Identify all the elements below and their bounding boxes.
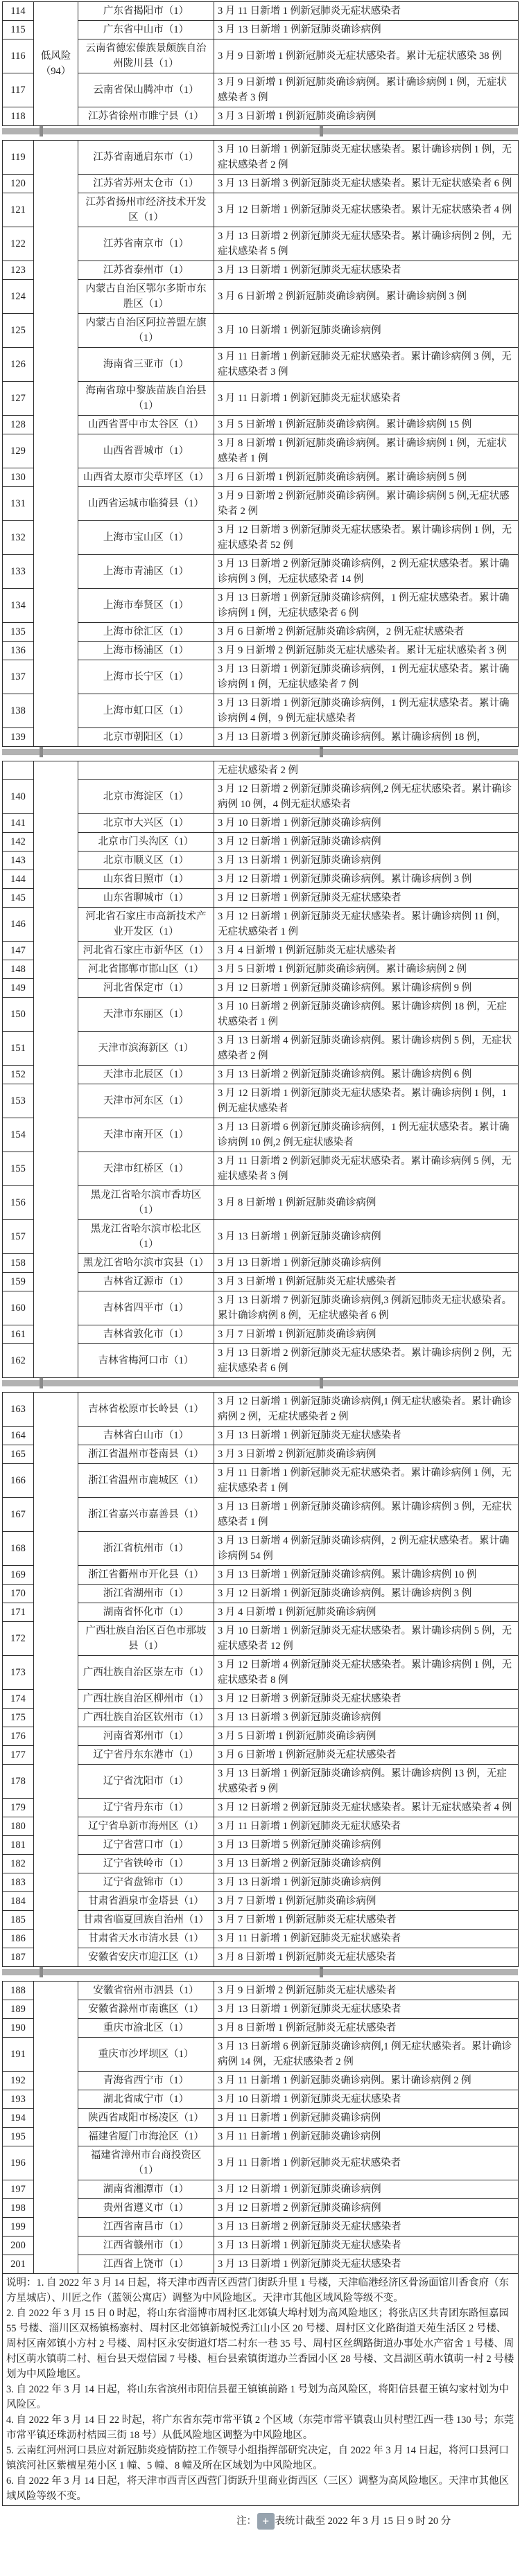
risk-area-table: 119江苏省南通启东市（1）3 月 10 日新增 1 例新冠肺炎无症状感染者。累… xyxy=(2,140,519,747)
row-number-cell: 115 xyxy=(3,21,34,39)
description-cell: 3 月 11 日新增 1 例新冠肺炎无症状感染者 xyxy=(214,382,519,416)
description-cell: 3 月 11 日新增 1 例新冠肺炎确诊病例 xyxy=(214,2128,519,2146)
region-cell: 天津市北辰区（1） xyxy=(78,1066,214,1084)
row-number-cell: 160 xyxy=(3,1291,34,1325)
description-cell: 3 月 7 日新增 1 例新冠肺炎无症状感染者 xyxy=(214,1911,519,1930)
selected-text: 本+ xyxy=(257,2513,275,2530)
region-cell: 辽宁省阜新市海州区（1） xyxy=(78,1817,214,1836)
region-cell: 上海市虹口区（1） xyxy=(78,694,214,728)
description-cell: 3 月 13 日新增 1 例新冠肺炎确诊病例。累计确诊病例 3 例，无症状感染者… xyxy=(214,1498,519,1532)
row-number-cell: 178 xyxy=(3,1765,34,1799)
region-cell: 上海市奉贤区（1） xyxy=(78,589,214,623)
description-cell: 3 月 12 日新增 1 例新冠肺炎确诊病例 xyxy=(214,833,519,852)
row-number-cell: 139 xyxy=(3,728,34,747)
table-row: 127海南省琼中黎族苗族自治县（1）3 月 11 日新增 1 例新冠肺炎无症状感… xyxy=(3,382,519,416)
region-cell: 海南省琼中黎族苗族自治县（1） xyxy=(78,382,214,416)
region-cell: 广西壮族自治区百色市那坡县（1） xyxy=(78,1622,214,1656)
description-cell: 3 月 12 日新增 1 例新冠肺炎无症状感染者。累计确诊病例 1 例，1 例无… xyxy=(214,1084,519,1118)
document: 114低风险（94）广东省揭阳市（1）3 月 11 日新增 1 例新冠肺炎无症状… xyxy=(0,0,520,2548)
description-cell: 3 月 4 日新增 1 例新冠肺炎无症状感染者 xyxy=(214,942,519,960)
row-number-cell: 142 xyxy=(3,833,34,852)
description-cell: 3 月 9 日新增 2 例新冠肺炎无症状感染者。累计无症状感染者 3 例 xyxy=(214,642,519,660)
row-number-cell: 165 xyxy=(3,1445,34,1464)
description-cell: 3 月 13 日新增 7 例新冠肺炎确诊病例,3 例新冠肺炎无症状感染者。累计确… xyxy=(214,1291,519,1325)
description-cell: 3 月 10 日新增 1 例新冠肺炎确诊病例 xyxy=(214,314,519,348)
row-number-cell: 114 xyxy=(3,2,34,21)
row-number-cell: 141 xyxy=(3,814,34,833)
table-row: 122江苏省南京市（1）3 月 13 日新增 2 例新冠肺炎无症状感染者。累计确… xyxy=(3,227,519,261)
note-line: 2. 自 2022 年 3 月 15 日 0 时起，将山东省淄博市周村区北郊镇大… xyxy=(6,2306,514,2382)
row-number-cell: 199 xyxy=(3,2218,34,2237)
description-cell: 3 月 13 日新增 4 例新冠肺炎确诊病例。累计确诊病例 5 例，无症状感染者… xyxy=(214,1032,519,1066)
row-number-cell: 130 xyxy=(3,468,34,487)
row-number-cell: 193 xyxy=(3,2090,34,2109)
region-cell: 浙江省衢州市开化县（1） xyxy=(78,1566,214,1585)
description-cell: 3 月 13 日新增 1 例新冠肺炎无症状感染者 xyxy=(214,2000,519,2019)
description-cell: 3 月 13 日新增 2 例新冠肺炎确诊病例。累计确诊病例 6 例 xyxy=(214,1066,519,1084)
row-number-cell: 196 xyxy=(3,2146,34,2180)
table-row: 172广西壮族自治区百色市那坡县（1）3 月 10 日新增 1 例新冠肺炎无症状… xyxy=(3,1622,519,1656)
description-cell: 3 月 12 日新增 1 例新冠肺炎无症状感染者。累计无症状感染者 4 例 xyxy=(214,193,519,227)
region-cell: 北京市顺义区（1） xyxy=(78,852,214,870)
region-cell: 浙江省温州市苍南县（1） xyxy=(78,1445,214,1464)
description-cell: 3 月 10 日新增 1 例新冠肺炎无症状感染者。累计确诊病例 5 例，无症状感… xyxy=(214,1622,519,1656)
description-cell: 3 月 13 日新增 1 例新冠肺炎确诊病例 xyxy=(214,1873,519,1892)
table-row: 130山西省太原市尖草坪区（1）3 月 6 日新增 1 例新冠肺炎确诊病例。累计… xyxy=(3,468,519,487)
region-cell: 江苏省南京市（1） xyxy=(78,227,214,261)
row-number-cell: 150 xyxy=(3,998,34,1032)
region-cell: 江苏省苏州太仓市（1） xyxy=(78,175,214,193)
table-row: 140北京市海淀区（1）3 月 12 日新增 2 例新冠肺炎确诊病例,2 例无症… xyxy=(3,780,519,814)
table-row: 无症状感染者 2 例 xyxy=(3,761,519,780)
risk-area-table: 114低风险（94）广东省揭阳市（1）3 月 11 日新增 1 例新冠肺炎无症状… xyxy=(2,1,519,126)
region-cell: 上海市徐汇区（1） xyxy=(78,623,214,642)
table-row: 143北京市顺义区（1）3 月 13 日新增 1 例新冠肺炎确诊病例 xyxy=(3,852,519,870)
description-cell: 3 月 11 日新增 2 例新冠肺炎无症状感染者。累计确诊病例 5 例，无症状感… xyxy=(214,1152,519,1186)
region-cell: 吉林省白山市（1） xyxy=(78,1427,214,1445)
region-cell: 天津市南开区（1） xyxy=(78,1118,214,1152)
region-cell: 上海市青浦区（1） xyxy=(78,555,214,589)
row-number-cell: 152 xyxy=(3,1066,34,1084)
page-margin-tick xyxy=(40,1967,43,1977)
page-margin-tick xyxy=(320,747,323,757)
row-number-cell: 188 xyxy=(3,1982,34,2000)
region-cell: 山西省晋城市（1） xyxy=(78,434,214,468)
description-cell: 3 月 12 日新增 1 例新冠肺炎确诊病例。累计确诊病例 3 例 xyxy=(214,870,519,889)
description-cell: 3 月 11 日新增 1 例新冠肺炎无症状感染者。累计确诊病例 3 例，无症状感… xyxy=(214,348,519,382)
row-number-cell: 189 xyxy=(3,2000,34,2019)
description-cell: 3 月 5 日新增 1 例新冠肺炎确诊病例。累计确诊病例 15 例 xyxy=(214,416,519,434)
description-cell: 3 月 9 日新增 1 例新冠肺炎无症状感染者。累计无症状感染 38 例 xyxy=(214,39,519,73)
table-row: 125内蒙古自治区阿拉善盟左旗（1）3 月 10 日新增 1 例新冠肺炎确诊病例 xyxy=(3,314,519,348)
table-row: 133上海市青浦区（1）3 月 13 日新增 2 例新冠肺炎确诊病例，2 例无症… xyxy=(3,555,519,589)
region-cell: 湖南省怀化市（1） xyxy=(78,1603,214,1622)
row-number-cell: 190 xyxy=(3,2019,34,2038)
region-cell: 山东省聊城市（1） xyxy=(78,889,214,908)
region-cell xyxy=(78,761,214,780)
note-line: 3. 自 2022 年 3 月 14 日起，将山东省滨州市阳信县翟王镇镇前路 1… xyxy=(6,2382,514,2412)
row-number-cell: 201 xyxy=(3,2255,34,2274)
row-number-cell: 156 xyxy=(3,1186,34,1220)
row-number-cell: 157 xyxy=(3,1220,34,1254)
description-cell: 3 月 11 日新增 1 例新冠肺炎无症状感染者 xyxy=(214,2146,519,2180)
description-cell: 3 月 12 日新增 3 例新冠肺炎无症状感染者。累计确诊病例 1 例，无症状感… xyxy=(214,521,519,555)
table-row: 186甘肃省天水市清水县（1）3 月 11 日新增 1 例新冠肺炎无症状感染者 xyxy=(3,1930,519,1948)
row-number-cell: 158 xyxy=(3,1254,34,1273)
row-number-cell: 187 xyxy=(3,1948,34,1967)
row-number-cell: 132 xyxy=(3,521,34,555)
table-row: 192青海省西宁市（1）3 月 11 日新增 1 例新冠肺炎确诊病例。累计确诊病… xyxy=(3,2072,519,2090)
region-cell: 上海市宝山区（1） xyxy=(78,521,214,555)
row-number-cell: 151 xyxy=(3,1032,34,1066)
row-number-cell: 122 xyxy=(3,227,34,261)
row-number-cell: 200 xyxy=(3,2237,34,2255)
region-cell: 江西省赣州市（1） xyxy=(78,2237,214,2255)
description-cell: 3 月 13 日新增 4 例新冠肺炎确诊病例，2 例无症状感染者。累计确诊病例 … xyxy=(214,1532,519,1566)
note-line: 6. 自 2022 年 3 月 14 日起，将天津市西青区西营门街跃升里商业街西… xyxy=(6,2473,514,2504)
page-margin-tick xyxy=(40,126,43,136)
table-row: 175广西壮族自治区钦州市（1）3 月 13 日新增 3 例新冠肺炎确诊病例 xyxy=(3,1709,519,1727)
table-row: 167浙江省嘉兴市嘉善县（1）3 月 13 日新增 1 例新冠肺炎确诊病例。累计… xyxy=(3,1498,519,1532)
region-cell: 广西壮族自治区钦州市（1） xyxy=(78,1709,214,1727)
table-row: 162吉林省梅河口市（1）3 月 13 日新增 2 例新冠肺炎无症状感染者。累计… xyxy=(3,1344,519,1378)
row-number-cell: 194 xyxy=(3,2109,34,2128)
description-cell: 3 月 3 日新增 1 例新冠肺炎确诊病例 xyxy=(214,107,519,126)
risk-level-cell xyxy=(34,141,78,747)
table-row: 185甘肃省临夏回族自治州（1）3 月 7 日新增 1 例新冠肺炎无症状感染者 xyxy=(3,1911,519,1930)
region-cell: 吉林省辽源市（1） xyxy=(78,1273,214,1291)
row-number-cell: 159 xyxy=(3,1273,34,1291)
table-row: 116云南省德宏傣族景颇族自治州陇川县（1）3 月 9 日新增 1 例新冠肺炎无… xyxy=(3,39,519,73)
description-cell: 3 月 3 日新增 2 例新冠肺炎确诊病例 xyxy=(214,1445,519,1464)
description-cell: 3 月 12 日新增 1 例新冠肺炎无症状感染者。累计确诊病例 11 例，无症状… xyxy=(214,908,519,942)
region-cell: 辽宁省丹东东港市（1） xyxy=(78,1746,214,1765)
table-row: 171湖南省怀化市（1）3 月 4 日新增 1 例新冠肺炎确诊病例 xyxy=(3,1603,519,1622)
description-cell: 3 月 13 日新增 1 例新冠肺炎确诊病例 xyxy=(214,21,519,39)
row-number-cell: 121 xyxy=(3,193,34,227)
description-cell: 3 月 4 日新增 1 例新冠肺炎确诊病例 xyxy=(214,1603,519,1622)
row-number-cell: 183 xyxy=(3,1873,34,1892)
table-row: 181辽宁省营口市（1）3 月 13 日新增 5 例新冠肺炎确诊病例 xyxy=(3,1836,519,1855)
row-number-cell: 127 xyxy=(3,382,34,416)
row-number-cell: 175 xyxy=(3,1709,34,1727)
description-cell: 3 月 7 日新增 1 例新冠肺炎确诊病例 xyxy=(214,1892,519,1911)
description-cell: 3 月 12 日新增 2 例新冠肺炎无症状感染者。累计无症状感染者 4 例 xyxy=(214,1799,519,1817)
description-cell: 3 月 11 日新增 1 例新冠肺炎确诊病例 xyxy=(214,2109,519,2128)
selection-handle-icon[interactable]: + xyxy=(257,2513,275,2530)
region-cell: 青海省西宁市（1） xyxy=(78,2072,214,2090)
table-row: 178辽宁省沈阳市（1）3 月 13 日新增 1 例新冠肺炎确诊病例。累计确诊病… xyxy=(3,1765,519,1799)
row-number-cell: 163 xyxy=(3,1393,34,1427)
row-number-cell: 195 xyxy=(3,2128,34,2146)
description-cell: 3 月 13 日新增 1 例新冠肺炎确诊病例 xyxy=(214,1220,519,1254)
region-cell: 广西壮族自治区崇左市（1） xyxy=(78,1656,214,1690)
row-number-cell: 191 xyxy=(3,2038,34,2072)
description-cell: 3 月 12 日新增 1 例新冠肺炎确诊病例。累计确诊病例 9 例 xyxy=(214,979,519,998)
region-cell: 黑龙江省哈尔滨市松北区（1） xyxy=(78,1220,214,1254)
table-row: 199江西省南昌市（1）3 月 13 日新增 2 例新冠肺炎无症状感染者 xyxy=(3,2218,519,2237)
row-number-cell: 119 xyxy=(3,141,34,175)
description-cell: 3 月 9 日新增 2 例新冠肺炎无症状感染者 xyxy=(214,1982,519,2000)
row-number-cell: 145 xyxy=(3,889,34,908)
risk-level-cell xyxy=(34,1393,78,1967)
note-line: 5. 云南红河州河口县应对新冠肺炎疫情防控工作领导小组指挥部研究决定，自 202… xyxy=(6,2443,514,2473)
row-number-cell: 123 xyxy=(3,261,34,280)
row-number-cell: 170 xyxy=(3,1585,34,1603)
row-number-cell: 117 xyxy=(3,73,34,107)
table-row: 138上海市虹口区（1）3 月 13 日新增 1 例新冠肺炎确诊病例，1 例无症… xyxy=(3,694,519,728)
table-row: 131山西省运城市临猗县（1）3 月 9 日新增 2 例新冠肺炎确诊病例。累计确… xyxy=(3,487,519,521)
table-row: 120江苏省苏州太仓市（1）3 月 13 日新增 3 例新冠肺炎无症状感染者。累… xyxy=(3,175,519,193)
footer-prefix: 注： xyxy=(236,2516,257,2527)
row-number-cell: 180 xyxy=(3,1817,34,1836)
row-number-cell: 161 xyxy=(3,1325,34,1344)
page-margin-tick xyxy=(40,747,43,757)
description-cell: 3 月 10 日新增 1 例新冠肺炎无症状感染者 xyxy=(214,2090,519,2109)
region-cell: 安徽省安庆市迎江区（1） xyxy=(78,1948,214,1967)
row-number-cell: 129 xyxy=(3,434,34,468)
table-row: 137上海市长宁区（1）3 月 13 日新增 1 例新冠肺炎确诊病例，1 例无症… xyxy=(3,660,519,694)
description-cell: 3 月 13 日新增 1 例新冠肺炎无症状感染者 xyxy=(214,2237,519,2255)
row-number-cell: 181 xyxy=(3,1836,34,1855)
row-number-cell: 173 xyxy=(3,1656,34,1690)
table-row: 136上海市杨浦区（1）3 月 9 日新增 2 例新冠肺炎无症状感染者。累计无症… xyxy=(3,642,519,660)
region-cell: 辽宁省盘锦市（1） xyxy=(78,1873,214,1892)
region-cell: 山东省日照市（1） xyxy=(78,870,214,889)
description-cell: 3 月 8 日新增 1 例新冠肺炎无症状感染者 xyxy=(214,1948,519,1967)
notes-row: 说明：1. 自 2022 年 3 月 14 日起，将天津市西青区西营门街跃升里 … xyxy=(3,2274,519,2506)
risk-level-cell xyxy=(34,1982,78,2274)
table-row: 197湖南省湘潭市（1）3 月 12 日新增 1 例新冠肺炎确诊病例 xyxy=(3,2180,519,2199)
region-cell: 浙江省嘉兴市嘉善县（1） xyxy=(78,1498,214,1532)
description-cell: 3 月 8 日新增 1 例新冠肺炎无症状感染者 xyxy=(214,2019,519,2038)
description-cell: 3 月 13 日新增 2 例新冠肺炎无症状感染者。累计确诊病例 2 例，无症状感… xyxy=(214,227,519,261)
region-cell: 北京市海淀区（1） xyxy=(78,780,214,814)
description-cell: 3 月 13 日新增 1 例新冠肺炎确诊病例。累计确诊病例 13 例，无症状感染… xyxy=(214,1765,519,1799)
region-cell: 吉林省敦化市（1） xyxy=(78,1325,214,1344)
risk-area-table: 188安徽省宿州市泗县（1）3 月 9 日新增 2 例新冠肺炎无症状感染者189… xyxy=(2,1981,519,2506)
description-cell: 3 月 9 日新增 2 例新冠肺炎确诊病例。累计确诊病例 5 例,无症状感染者 … xyxy=(214,487,519,521)
region-cell: 江苏省泰州市（1） xyxy=(78,261,214,280)
table-row: 158黑龙江省哈尔滨市宾县（1）3 月 13 日新增 1 例新冠肺炎确诊病例 xyxy=(3,1254,519,1273)
risk-level-label: 低风险 xyxy=(37,48,74,64)
region-cell: 湖北省咸宁市（1） xyxy=(78,2090,214,2109)
region-cell: 甘肃省酒泉市金塔县（1） xyxy=(78,1892,214,1911)
table-row: 182辽宁省铁岭市（1）3 月 13 日新增 2 例新冠肺炎确诊病例 xyxy=(3,1855,519,1873)
region-cell: 广西壮族自治区柳州市（1） xyxy=(78,1690,214,1709)
description-cell: 3 月 12 日新增 1 例新冠肺炎确诊病例 xyxy=(214,2180,519,2199)
risk-area-table: 163吉林省松原市长岭县（1）3 月 12 日新增 1 例新冠肺炎确诊病例,1 … xyxy=(2,1392,519,1967)
description-cell: 3 月 13 日新增 3 例新冠肺炎无症状感染者。累计无症状感染者 6 例 xyxy=(214,175,519,193)
region-cell: 山西省晋中市太谷区（1） xyxy=(78,416,214,434)
description-cell: 3 月 3 日新增 1 例新冠肺炎无症状感染者 xyxy=(214,1273,519,1291)
table-row: 153天津市河东区（1）3 月 12 日新增 1 例新冠肺炎无症状感染者。累计确… xyxy=(3,1084,519,1118)
row-number-cell: 154 xyxy=(3,1118,34,1152)
region-cell: 湖南省湘潭市（1） xyxy=(78,2180,214,2199)
description-cell: 3 月 5 日新增 1 例新冠肺炎确诊病例。累计确诊病例 2 例 xyxy=(214,960,519,979)
footer-note: 注：本+表统计截至 2022 年 3 月 15 日 9 时 20 分 xyxy=(236,2513,518,2530)
region-cell: 吉林省梅河口市（1） xyxy=(78,1344,214,1378)
table-row: 134上海市奉贤区（1）3 月 13 日新增 1 例新冠肺炎确诊病例，1 例无症… xyxy=(3,589,519,623)
table-row: 194陕西省咸阳市杨凌区（1）3 月 11 日新增 1 例新冠肺炎确诊病例 xyxy=(3,2109,519,2128)
description-cell: 3 月 13 日新增 1 例新冠肺炎无症状感染者 xyxy=(214,261,519,280)
region-cell: 北京市朝阳区（1） xyxy=(78,728,214,747)
table-row: 151天津市滨海新区（1）3 月 13 日新增 4 例新冠肺炎确诊病例。累计确诊… xyxy=(3,1032,519,1066)
row-number-cell: 133 xyxy=(3,555,34,589)
region-cell: 陕西省咸阳市杨凌区（1） xyxy=(78,2109,214,2128)
region-cell: 吉林省松原市长岭县（1） xyxy=(78,1393,214,1427)
region-cell: 安徽省宿州市泗县（1） xyxy=(78,1982,214,2000)
region-cell: 江苏省徐州市睢宁县（1） xyxy=(78,107,214,126)
row-number-cell: 116 xyxy=(3,39,34,73)
row-number-cell: 155 xyxy=(3,1152,34,1186)
row-number-cell: 174 xyxy=(3,1690,34,1709)
table-row: 161吉林省敦化市（1）3 月 7 日新增 1 例新冠肺炎确诊病例 xyxy=(3,1325,519,1344)
table-row: 117云南省保山腾冲市（1）3 月 9 日新增 1 例新冠肺炎确诊病例。累计确诊… xyxy=(3,73,519,107)
row-number-cell: 143 xyxy=(3,852,34,870)
row-number-cell: 172 xyxy=(3,1622,34,1656)
table-row: 114低风险（94）广东省揭阳市（1）3 月 11 日新增 1 例新冠肺炎无症状… xyxy=(3,2,519,21)
row-number-cell: 126 xyxy=(3,348,34,382)
table-row: 148河北省邯郸市邯山区（1）3 月 5 日新增 1 例新冠肺炎确诊病例。累计确… xyxy=(3,960,519,979)
table-row: 129山西省晋城市（1）3 月 8 日新增 1 例新冠肺炎确诊病例。累计确诊病例… xyxy=(3,434,519,468)
region-cell: 北京市大兴区（1） xyxy=(78,814,214,833)
description-cell: 3 月 10 日新增 2 例新冠肺炎确诊病例。累计确诊病例 18 例，无症状感染… xyxy=(214,998,519,1032)
region-cell: 辽宁省丹东市（1） xyxy=(78,1799,214,1817)
region-cell: 河北省石家庄市新华区（1） xyxy=(78,942,214,960)
table-row: 160吉林省四平市（1）3 月 13 日新增 7 例新冠肺炎确诊病例,3 例新冠… xyxy=(3,1291,519,1325)
risk-area-table: 无症状感染者 2 例140北京市海淀区（1）3 月 12 日新增 2 例新冠肺炎… xyxy=(2,761,519,1378)
description-cell: 3 月 13 日新增 2 例新冠肺炎确诊病例，2 例无症状感染者。累计确诊病例 … xyxy=(214,555,519,589)
table-row: 121江苏省扬州市经济技术开发区（1）3 月 12 日新增 1 例新冠肺炎无症状… xyxy=(3,193,519,227)
table-row: 187安徽省安庆市迎江区（1）3 月 8 日新增 1 例新冠肺炎无症状感染者 xyxy=(3,1948,519,1967)
region-cell: 上海市杨浦区（1） xyxy=(78,642,214,660)
description-cell: 3 月 13 日新增 3 例新冠肺炎确诊病例 xyxy=(214,1709,519,1727)
page-margin-tick xyxy=(320,126,323,136)
table-row: 193湖北省咸宁市（1）3 月 10 日新增 1 例新冠肺炎无症状感染者 xyxy=(3,2090,519,2109)
row-number-cell: 137 xyxy=(3,660,34,694)
description-cell: 3 月 13 日新增 2 例新冠肺炎无症状感染者 xyxy=(214,2218,519,2237)
table-row: 170浙江省湖州市（1）3 月 12 日新增 1 例新冠肺炎确诊病例。累计确诊病… xyxy=(3,1585,519,1603)
risk-level-cell: 低风险（94） xyxy=(34,2,78,126)
table-row: 198贵州省遵义市（1）3 月 12 日新增 2 例新冠肺炎确诊病例 xyxy=(3,2199,519,2218)
row-number-cell: 167 xyxy=(3,1498,34,1532)
risk-area-count: （94） xyxy=(37,64,74,79)
region-cell: 河北省石家庄市高新技术产业开发区（1） xyxy=(78,908,214,942)
table-row: 200江西省赣州市（1）3 月 13 日新增 1 例新冠肺炎无症状感染者 xyxy=(3,2237,519,2255)
region-cell: 福建省漳州市台商投资区（1） xyxy=(78,2146,214,2180)
region-cell: 黑龙江省哈尔滨市香坊区（1） xyxy=(78,1186,214,1220)
table-row: 184甘肃省酒泉市金塔县（1）3 月 7 日新增 1 例新冠肺炎确诊病例 xyxy=(3,1892,519,1911)
table-pages: 114低风险（94）广东省揭阳市（1）3 月 11 日新增 1 例新冠肺炎无症状… xyxy=(2,1,518,2506)
row-number-cell: 120 xyxy=(3,175,34,193)
region-cell: 辽宁省铁岭市（1） xyxy=(78,1855,214,1873)
page-break xyxy=(2,1380,518,1386)
region-cell: 辽宁省营口市（1） xyxy=(78,1836,214,1855)
region-cell: 江西省南昌市（1） xyxy=(78,2218,214,2237)
region-cell: 重庆市沙坪坝区（1） xyxy=(78,2038,214,2072)
note-line: 4. 自 2022 年 3 月 14 日 22 时起，将广东省东莞市常平镇 2 … xyxy=(6,2412,514,2443)
region-cell: 云南省保山腾冲市（1） xyxy=(78,73,214,107)
table-row: 179辽宁省丹东市（1）3 月 12 日新增 2 例新冠肺炎无症状感染者。累计无… xyxy=(3,1799,519,1817)
table-row: 141北京市大兴区（1）3 月 10 日新增 1 例新冠肺炎确诊病例 xyxy=(3,814,519,833)
table-row: 166浙江省温州市鹿城区（1）3 月 11 日新增 1 例新冠肺炎无症状感染者。… xyxy=(3,1464,519,1498)
description-cell: 3 月 10 日新增 1 例新冠肺炎无症状感染者。累计确诊病例 1 例，无症状感… xyxy=(214,141,519,175)
table-row: 180辽宁省阜新市海州区（1）3 月 11 日新增 1 例新冠肺炎无症状感染者 xyxy=(3,1817,519,1836)
description-cell: 3 月 12 日新增 1 例新冠肺炎确诊病例。累计确诊病例 3 例 xyxy=(214,1585,519,1603)
row-number-cell: 169 xyxy=(3,1566,34,1585)
region-cell: 内蒙古自治区阿拉善盟左旗（1） xyxy=(78,314,214,348)
description-cell: 3 月 11 日新增 1 例新冠肺炎无症状感染者。累计确诊病例 1 例，无症状感… xyxy=(214,1464,519,1498)
description-cell: 3 月 9 日新增 1 例新冠肺炎确诊病例。累计确诊病例 1 例，无症状感染者 … xyxy=(214,73,519,107)
table-row: 176河南省郑州市（1）3 月 5 日新增 1 例新冠肺炎确诊病例 xyxy=(3,1727,519,1746)
region-cell: 甘肃省天水市清水县（1） xyxy=(78,1930,214,1948)
table-row: 174广西壮族自治区柳州市（1）3 月 12 日新增 3 例新冠肺炎无症状感染者 xyxy=(3,1690,519,1709)
region-cell: 天津市东丽区（1） xyxy=(78,998,214,1032)
table-row: 169浙江省衢州市开化县（1）3 月 13 日新增 1 例新冠肺炎确诊病例。累计… xyxy=(3,1566,519,1585)
region-cell: 辽宁省沈阳市（1） xyxy=(78,1765,214,1799)
table-row: 168浙江省杭州市（1）3 月 13 日新增 4 例新冠肺炎确诊病例，2 例无症… xyxy=(3,1532,519,1566)
row-number-cell: 185 xyxy=(3,1911,34,1930)
row-number-cell: 148 xyxy=(3,960,34,979)
region-cell: 河北省邯郸市邯山区（1） xyxy=(78,960,214,979)
region-cell: 黑龙江省哈尔滨市宾县（1） xyxy=(78,1254,214,1273)
table-row: 173广西壮族自治区崇左市（1）3 月 12 日新增 4 例新冠肺炎无症状感染者… xyxy=(3,1656,519,1690)
table-row: 188安徽省宿州市泗县（1）3 月 9 日新增 2 例新冠肺炎无症状感染者 xyxy=(3,1982,519,2000)
row-number-cell: 184 xyxy=(3,1892,34,1911)
description-cell: 3 月 12 日新增 2 例新冠肺炎确诊病例,2 例无症状感染者。累计确诊病例 … xyxy=(214,780,519,814)
footer-rest: 表统计截至 2022 年 3 月 15 日 9 时 20 分 xyxy=(275,2516,451,2527)
row-number-cell: 166 xyxy=(3,1464,34,1498)
row-number-cell: 149 xyxy=(3,979,34,998)
row-number-cell: 162 xyxy=(3,1344,34,1378)
region-cell: 江苏省扬州市经济技术开发区（1） xyxy=(78,193,214,227)
row-number-cell: 125 xyxy=(3,314,34,348)
region-cell: 甘肃省临夏回族自治州（1） xyxy=(78,1911,214,1930)
row-number-cell: 124 xyxy=(3,280,34,314)
region-cell: 海南省三亚市（1） xyxy=(78,348,214,382)
description-cell: 3 月 13 日新增 1 例新冠肺炎确诊病例，1 例无症状感染者。累计确诊病例 … xyxy=(214,589,519,623)
description-cell: 3 月 13 日新增 5 例新冠肺炎确诊病例 xyxy=(214,1836,519,1855)
description-cell: 3 月 13 日新增 2 例新冠肺炎无症状感染者。累计确诊病例 2 例，无症状感… xyxy=(214,1344,519,1378)
description-cell: 3 月 6 日新增 1 例新冠肺炎无症状感染者 xyxy=(214,1746,519,1765)
region-cell: 内蒙古自治区鄂尔多斯市东胜区（1） xyxy=(78,280,214,314)
table-row: 155天津市红桥区（1）3 月 11 日新增 2 例新冠肺炎无症状感染者。累计确… xyxy=(3,1152,519,1186)
row-number-cell: 136 xyxy=(3,642,34,660)
note-line: 说明：1. 自 2022 年 3 月 14 日起，将天津市西青区西营门街跃升里 … xyxy=(6,2275,514,2306)
notes-cell: 说明：1. 自 2022 年 3 月 14 日起，将天津市西青区西营门街跃升里 … xyxy=(3,2274,519,2506)
description-cell: 3 月 13 日新增 6 例新冠肺炎确诊病例，1 例无症状感染者。累计确诊病例 … xyxy=(214,1118,519,1152)
row-number-cell: 147 xyxy=(3,942,34,960)
description-cell: 3 月 11 日新增 1 例新冠肺炎无症状感染者 xyxy=(214,2,519,21)
region-cell: 浙江省杭州市（1） xyxy=(78,1532,214,1566)
row-number-cell: 186 xyxy=(3,1930,34,1948)
row-number-cell: 179 xyxy=(3,1799,34,1817)
description-cell: 3 月 12 日新增 3 例新冠肺炎无症状感染者 xyxy=(214,1690,519,1709)
description-cell: 3 月 13 日新增 1 例新冠肺炎确诊病例，1 例无症状感染者。累计确诊病例 … xyxy=(214,694,519,728)
description-cell: 3 月 12 日新增 1 例新冠肺炎无症状感染者 xyxy=(214,889,519,908)
description-cell: 3 月 11 日新增 1 例新冠肺炎无症状感染者 xyxy=(214,1817,519,1836)
region-cell: 天津市河东区（1） xyxy=(78,1084,214,1118)
risk-level-cell xyxy=(34,761,78,1378)
row-number-cell: 198 xyxy=(3,2199,34,2218)
page-margin-tick xyxy=(320,1967,323,1977)
region-cell: 吉林省四平市（1） xyxy=(78,1291,214,1325)
table-row: 183辽宁省盘锦市（1）3 月 13 日新增 1 例新冠肺炎确诊病例 xyxy=(3,1873,519,1892)
row-number-cell: 192 xyxy=(3,2072,34,2090)
description-cell: 3 月 13 日新增 1 例新冠肺炎无症状感染者 xyxy=(214,1427,519,1445)
region-cell: 安徽省滁州市南谯区（1） xyxy=(78,2000,214,2019)
